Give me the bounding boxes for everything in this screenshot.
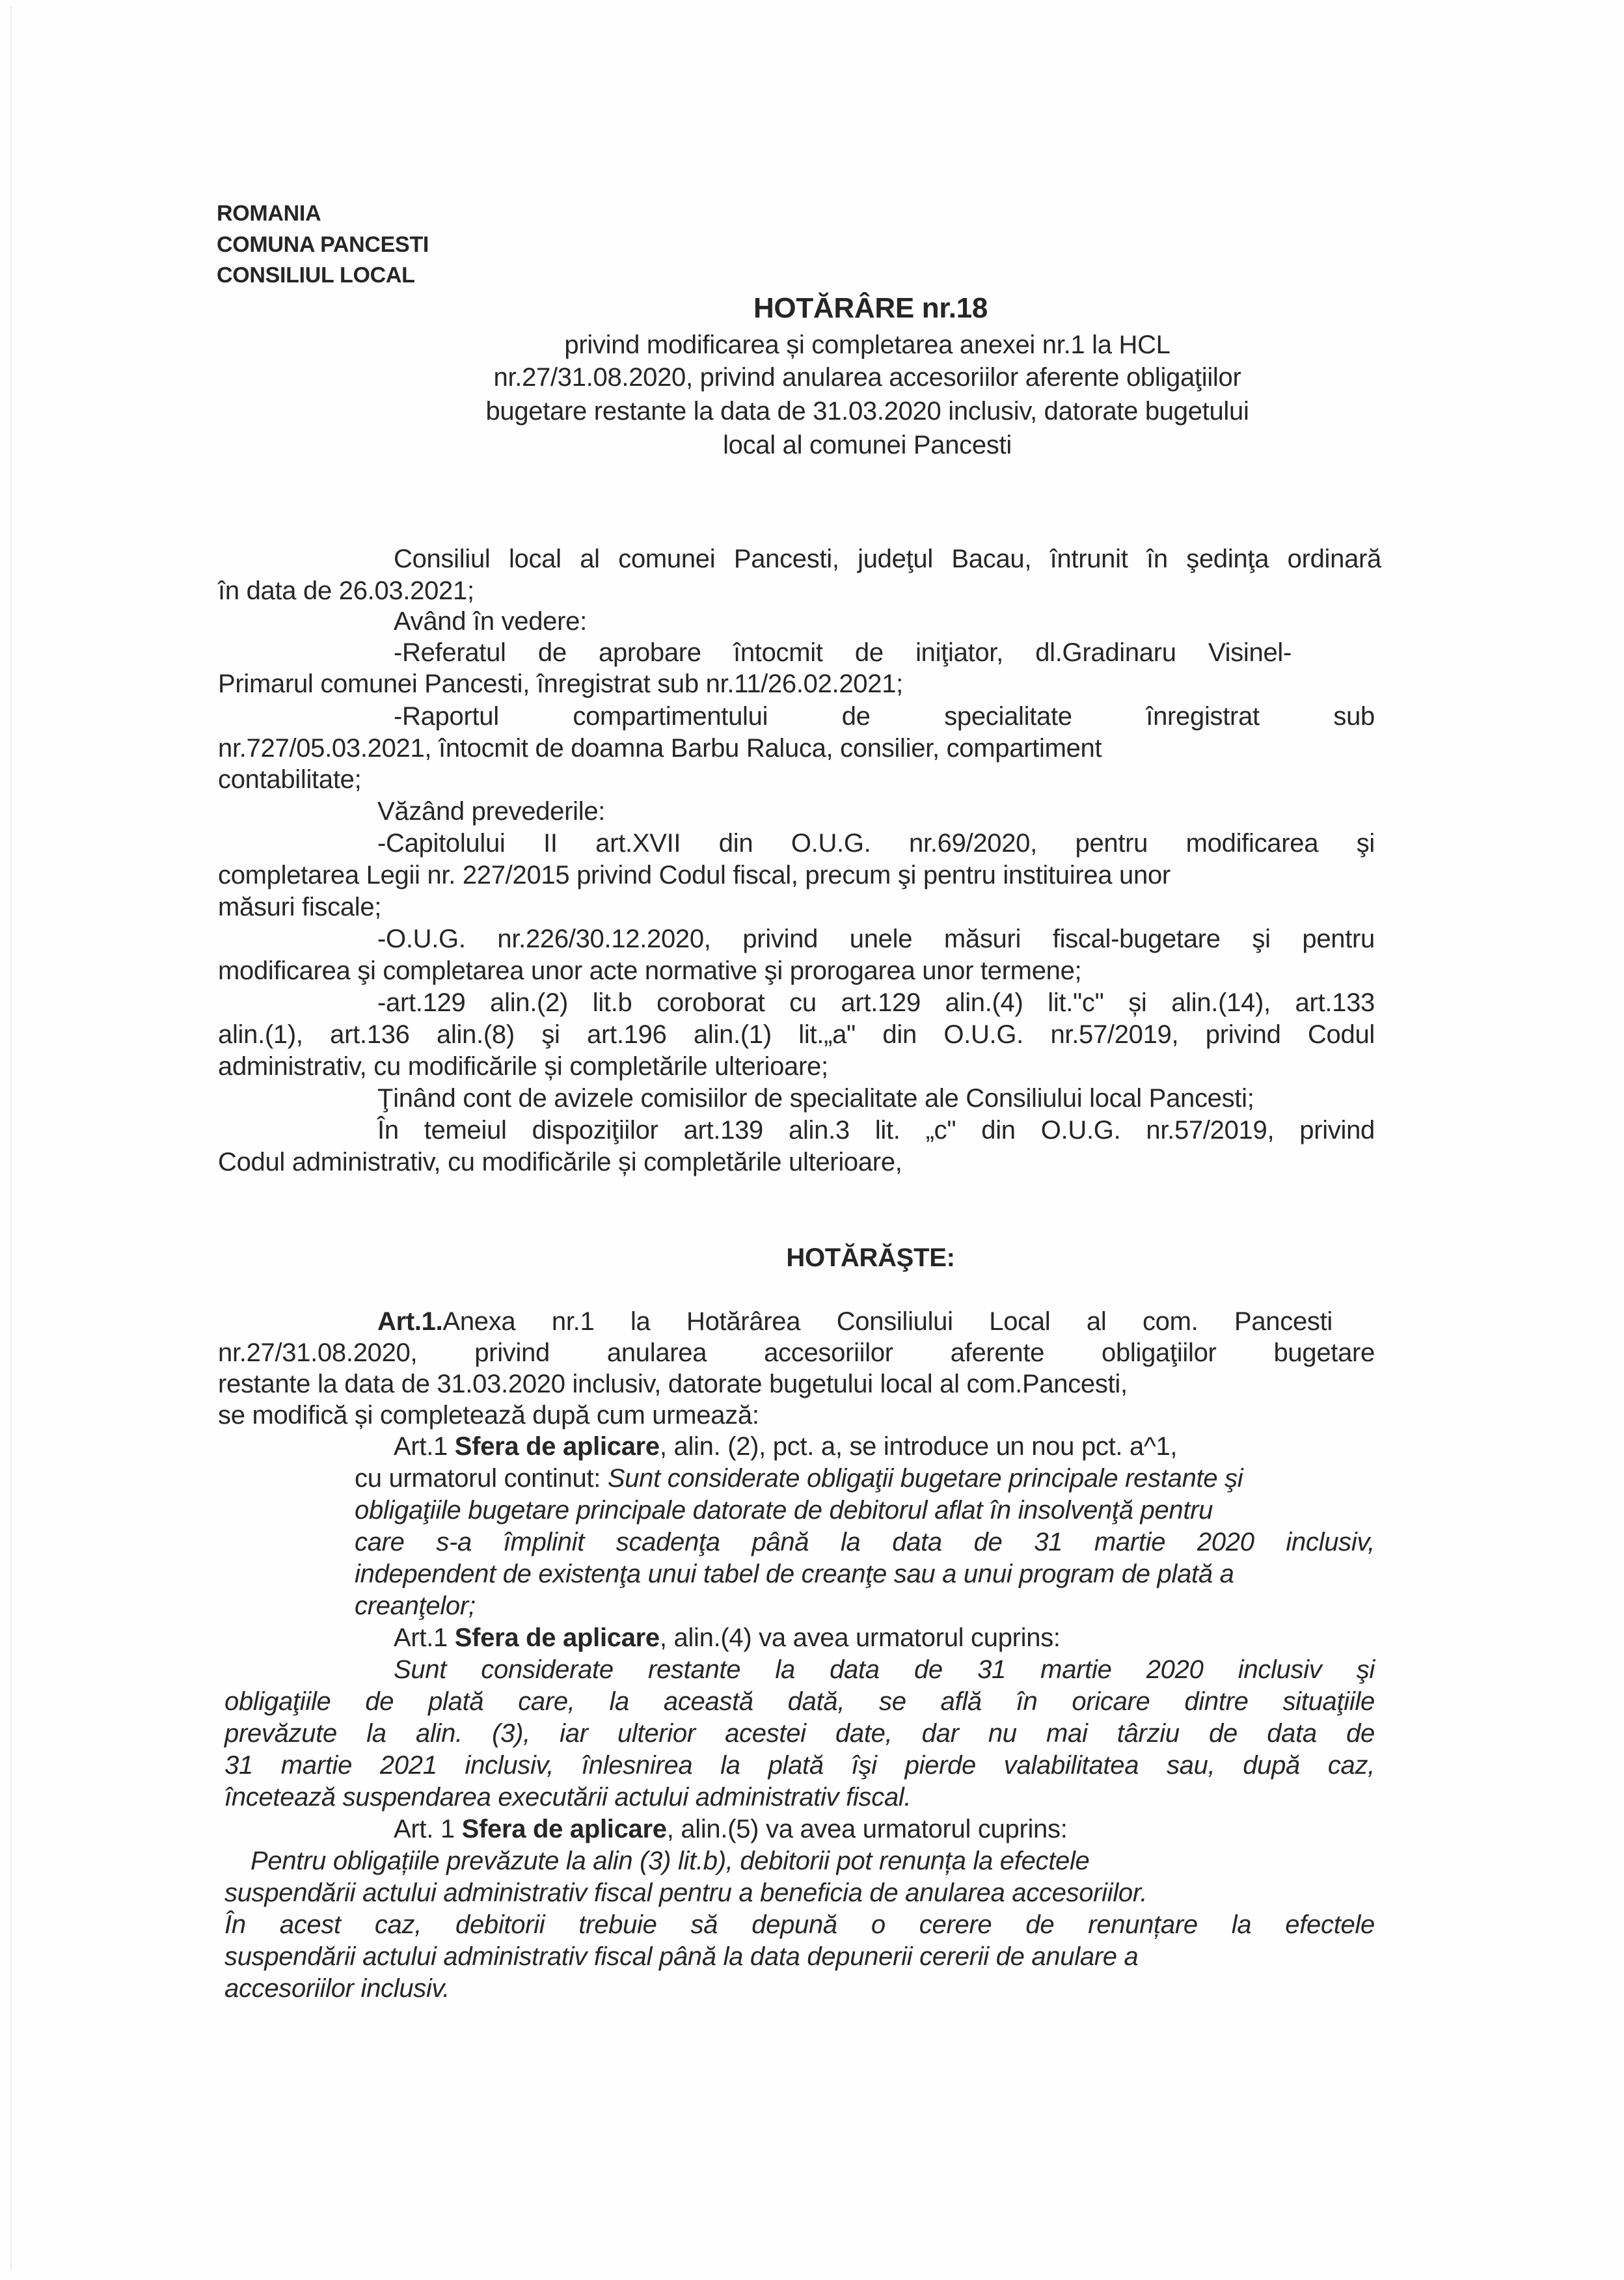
amend2-line-6: încetează suspendarea executării actului… (224, 1782, 911, 1813)
article1-label: Art.1. (377, 1307, 442, 1336)
amend1-line-4: care s-a împlinit scadenţa până la data … (355, 1527, 1375, 1558)
decision-heading: HOTĂRĂŞTE: (0, 1243, 1624, 1273)
preamble-temeiul-2: Codul administrativ, cu modificările și … (218, 1147, 902, 1178)
amend1-rest: , alin. (2), pct. a, se introduce un nou… (660, 1432, 1177, 1461)
preamble-raport-3: contabilitate; (218, 765, 361, 795)
amend3-heading: Art. 1 Sfera de aplicare, alin.(5) va av… (394, 1814, 1068, 1845)
subtitle-line-2: nr.27/31.08.2020, privind anularea acces… (0, 362, 1624, 393)
preamble-raport-1: -Raportul compartimentului de specialita… (394, 701, 1375, 732)
amend2-line-5: 31 martie 2021 inclusiv, înlesnirea la p… (224, 1750, 1375, 1781)
amend1-line-3: obligaţiile bugetare principale datorate… (355, 1495, 1213, 1526)
preamble-cap-2: completarea Legii nr. 227/2015 privind C… (218, 860, 1171, 891)
preamble-tinand: Ţinând cont de avizele comisiilor de spe… (377, 1083, 1254, 1114)
amend2-rest: , alin.(4) va avea urmatorul cuprins: (660, 1623, 1061, 1652)
amend1-heading: Art.1 Sfera de aplicare, alin. (2), pct.… (394, 1432, 1177, 1462)
subtitle-line-3: bugetare restante la data de 31.03.2020 … (0, 396, 1624, 427)
article1-line-4: se modifică și completează după cum urme… (218, 1400, 759, 1431)
preamble-oug-1: -O.U.G. nr.226/30.12.2020, privind unele… (377, 924, 1375, 955)
amend1-bold: Sfera de aplicare (455, 1432, 660, 1461)
preamble-avand: Având în vedere: (394, 606, 587, 637)
subtitle-line-1: privind modificarea și completarea anexe… (0, 330, 1624, 360)
header-council: CONSILIUL LOCAL (217, 262, 415, 288)
amend2-line-2: Sunt considerate restante la data de 31 … (394, 1655, 1375, 1685)
preamble-intro-1: Consiliul local al comunei Pancesti, jud… (394, 544, 1381, 575)
amend2-line-4: prevăzute la alin. (3), iar ulterior ace… (224, 1718, 1375, 1749)
amend1-l2-italic: Sunt considerate obligaţii bugetare prin… (608, 1464, 1243, 1493)
amend3-line-4: În acest caz, debitorii trebuie să depun… (224, 1910, 1375, 1940)
amend3-line-5: suspendării actului administrativ fiscal… (224, 1942, 1139, 1972)
preamble-vazand: Văzând prevederile: (377, 796, 605, 827)
article1-line-1: Art.1.Anexa nr.1 la Hotărârea Consiliulu… (377, 1307, 1333, 1337)
article1-line-2: nr.27/31.08.2020, privind anularea acces… (218, 1338, 1375, 1368)
article1-line-3: restante la data de 31.03.2020 inclusiv,… (218, 1369, 1128, 1400)
preamble-art-2: alin.(1), art.136 alin.(8) şi art.196 al… (218, 1020, 1375, 1050)
amend1-l2-plain: cu urmatorul continut: (355, 1464, 608, 1493)
amend1-prefix: Art.1 (394, 1432, 455, 1461)
preamble-referat-2: Primarul comunei Pancesti, înregistrat s… (218, 669, 903, 699)
amend3-line-3: suspendării actului administrativ fiscal… (224, 1878, 1147, 1908)
amend3-prefix: Art. 1 (394, 1815, 462, 1843)
subtitle-line-4: local al comunei Pancesti (0, 430, 1624, 461)
header-country: ROMANIA (217, 200, 321, 226)
document-page: ROMANIA COMUNA PANCESTI CONSILIUL LOCAL … (0, 0, 1624, 2280)
preamble-oug-2: modificarea şi completarea unor acte nor… (218, 956, 1081, 986)
preamble-cap-1: -Capitolului II art.XVII din O.U.G. nr.6… (377, 828, 1375, 859)
amend2-prefix: Art.1 (394, 1623, 455, 1652)
preamble-art-3: administrativ, cu modificările și comple… (218, 1052, 828, 1082)
preamble-referat-1: -Referatul de aprobare întocmit de iniţi… (394, 638, 1292, 668)
amend3-rest: , alin.(5) va avea urmatorul cuprins: (667, 1815, 1068, 1843)
amend2-bold: Sfera de aplicare (455, 1623, 660, 1652)
amend1-line-6: creanţelor; (355, 1591, 476, 1622)
preamble-art-1: -art.129 alin.(2) lit.b coroborat cu art… (377, 988, 1375, 1018)
amend1-line-5: independent de existenţa unui tabel de c… (355, 1559, 1234, 1590)
preamble-cap-3: măsuri fiscale; (218, 892, 381, 923)
amend3-bold: Sfera de aplicare (462, 1815, 667, 1843)
article1-line-1-text: Anexa nr.1 la Hotărârea Consiliului Loca… (442, 1307, 1333, 1336)
amend3-line-2: Pentru obligațiile prevăzute la alin (3)… (250, 1846, 1089, 1877)
preamble-raport-2: nr.727/05.03.2021, întocmit de doamna Ba… (218, 733, 1102, 764)
amend2-heading: Art.1 Sfera de aplicare, alin.(4) va ave… (394, 1623, 1061, 1653)
amend1-line-2: cu urmatorul continut: Sunt considerate … (355, 1463, 1243, 1494)
amend3-line-6: accesoriilor inclusiv. (224, 1974, 450, 2004)
amend2-line-3: obligaţiile de plată care, la această da… (224, 1687, 1375, 1717)
preamble-temeiul-1: În temeiul dispoziţiilor art.139 alin.3 … (377, 1115, 1375, 1146)
header-commune: COMUNA PANCESTI (217, 232, 429, 258)
preamble-intro-2: în data de 26.03.2021; (218, 576, 474, 606)
document-title: HOTĂRÂRE nr.18 (0, 293, 1624, 323)
